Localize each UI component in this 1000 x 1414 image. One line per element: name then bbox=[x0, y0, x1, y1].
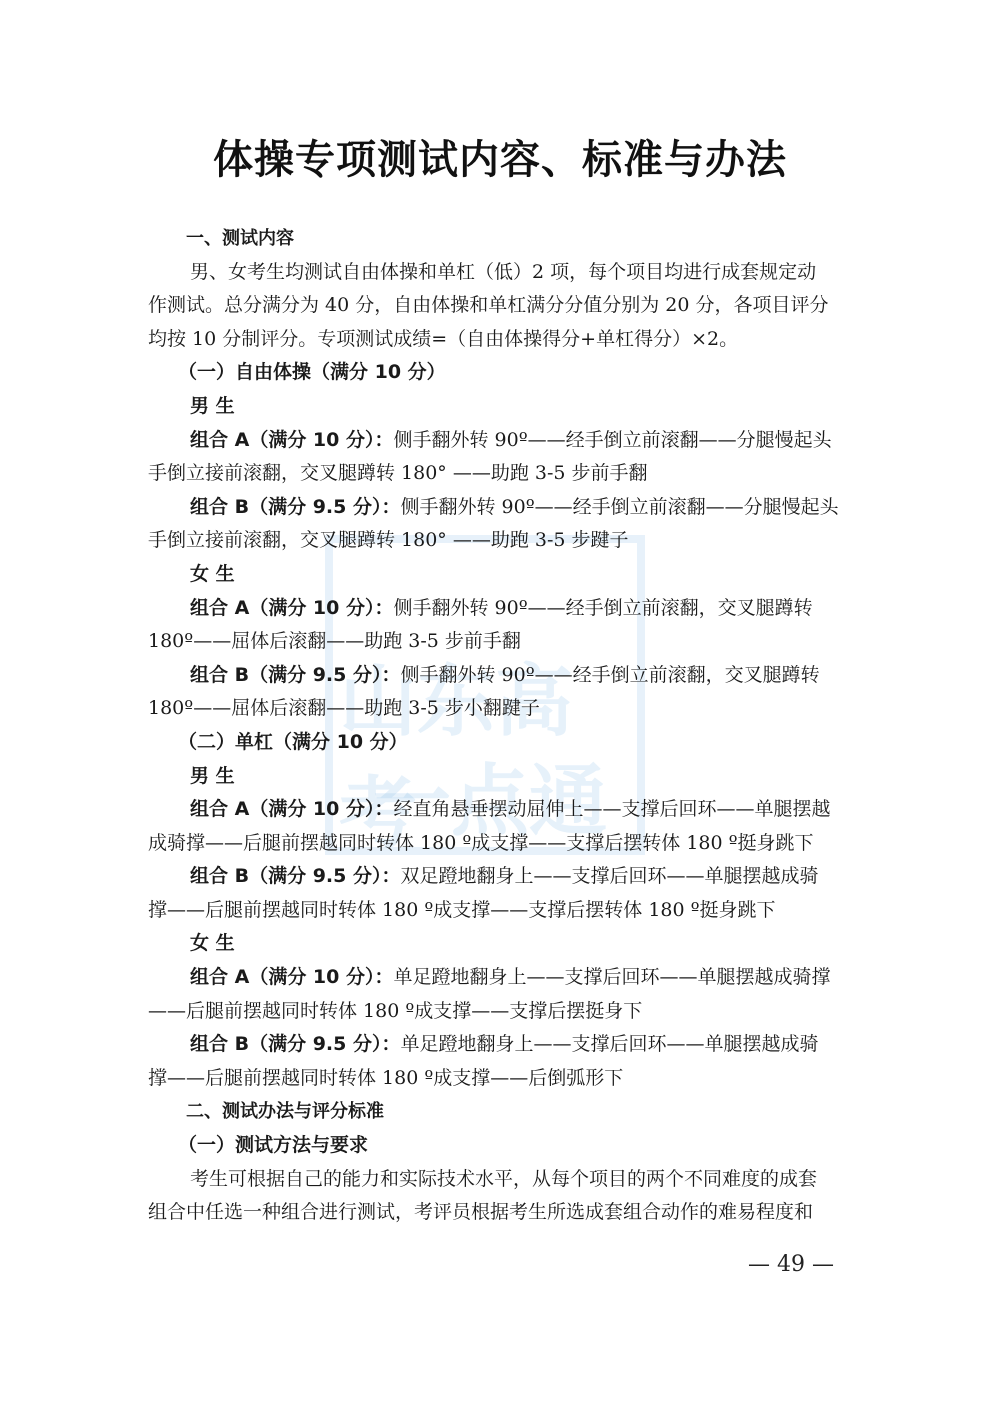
section2-sub1-heading: （一）测试方法与要求 bbox=[148, 1129, 858, 1163]
floor-female-label: 女 生 bbox=[148, 558, 858, 592]
combo-text: 单足蹬地翻身上——支撑后回环——单腿摆越成骑撑 bbox=[394, 966, 831, 988]
bar-male-combo-b: 组合 B（满分 9.5 分）：双足蹬地翻身上——支撑后回环——单腿摆越成骑 bbox=[148, 860, 858, 894]
floor-female-combo-a-cont: 180º——屈体后滚翻——助跑 3-5 步前手翻 bbox=[148, 625, 858, 659]
combo-label: 组合 A（满分 10 分）： bbox=[190, 429, 394, 451]
document-body: 一、测试内容 男、女考生均测试自由体操和单杠（低）2 项，每个项目均进行成套规定… bbox=[148, 222, 858, 1230]
combo-label: 组合 B（满分 9.5 分）： bbox=[190, 496, 401, 518]
bar-male-combo-a: 组合 A（满分 10 分）：经直角悬垂摆动屈伸上——支撑后回环——单腿摆越 bbox=[148, 793, 858, 827]
floor-heading: （一）自由体操（满分 10 分） bbox=[148, 356, 858, 390]
combo-label: 组合 A（满分 10 分）： bbox=[190, 966, 394, 988]
section2-para-line-2: 组合中任选一种组合进行测试，考评员根据考生所选成套组合动作的难易程度和 bbox=[148, 1196, 858, 1230]
page-number: — 49 — bbox=[748, 1252, 834, 1277]
combo-text: 双足蹬地翻身上——支撑后回环——单腿摆越成骑 bbox=[401, 865, 819, 887]
combo-label: 组合 B（满分 9.5 分）： bbox=[190, 664, 401, 686]
combo-label: 组合 B（满分 9.5 分）： bbox=[190, 865, 401, 887]
floor-male-combo-b-cont: 手倒立接前滚翻，交叉腿蹲转 180° ——助跑 3-5 步踺子 bbox=[148, 524, 858, 558]
bar-female-combo-a: 组合 A（满分 10 分）：单足蹬地翻身上——支撑后回环——单腿摆越成骑撑 bbox=[148, 961, 858, 995]
floor-female-combo-a: 组合 A（满分 10 分）：侧手翻外转 90º——经手倒立前滚翻，交叉腿蹲转 bbox=[148, 592, 858, 626]
floor-female-combo-b: 组合 B（满分 9.5 分）：侧手翻外转 90º——经手倒立前滚翻，交叉腿蹲转 bbox=[148, 659, 858, 693]
combo-text: 侧手翻外转 90º——经手倒立前滚翻——分腿慢起头 bbox=[401, 496, 839, 518]
floor-male-label: 男 生 bbox=[148, 390, 858, 424]
bar-female-label: 女 生 bbox=[148, 927, 858, 961]
intro-line-3: 均按 10 分制评分。专项测试成绩=（自由体操得分+单杠得分）×2。 bbox=[148, 323, 858, 357]
combo-label: 组合 A（满分 10 分）： bbox=[190, 798, 394, 820]
combo-label: 组合 B（满分 9.5 分）： bbox=[190, 1033, 401, 1055]
bar-heading: （二）单杠（满分 10 分） bbox=[148, 726, 858, 760]
floor-male-combo-a-cont: 手倒立接前滚翻，交叉腿蹲转 180° ——助跑 3-5 步前手翻 bbox=[148, 457, 858, 491]
section2-heading: 二、测试办法与评分标准 bbox=[148, 1095, 858, 1129]
combo-text: 单足蹬地翻身上——支撑后回环——单腿摆越成骑 bbox=[401, 1033, 819, 1055]
floor-female-combo-b-cont: 180º——屈体后滚翻——助跑 3-5 步小翻踺子 bbox=[148, 692, 858, 726]
combo-label: 组合 A（满分 10 分）： bbox=[190, 597, 394, 619]
bar-female-combo-b-cont: 撑——后腿前摆越同时转体 180 º成支撑——后倒弧形下 bbox=[148, 1062, 858, 1096]
floor-male-combo-b: 组合 B（满分 9.5 分）：侧手翻外转 90º——经手倒立前滚翻——分腿慢起头 bbox=[148, 491, 858, 525]
section1-heading: 一、测试内容 bbox=[148, 222, 858, 256]
combo-text: 侧手翻外转 90º——经手倒立前滚翻——分腿慢起头 bbox=[394, 429, 832, 451]
combo-text: 侧手翻外转 90º——经手倒立前滚翻，交叉腿蹲转 bbox=[401, 664, 820, 686]
bar-female-combo-a-cont: ——后腿前摆越同时转体 180 º成支撑——支撑后摆挺身下 bbox=[148, 995, 858, 1029]
bar-male-label: 男 生 bbox=[148, 760, 858, 794]
section2-para-line-1: 考生可根据自己的能力和实际技术水平，从每个项目的两个不同难度的成套 bbox=[148, 1163, 858, 1197]
combo-text: 侧手翻外转 90º——经手倒立前滚翻，交叉腿蹲转 bbox=[394, 597, 813, 619]
combo-text: 经直角悬垂摆动屈伸上——支撑后回环——单腿摆越 bbox=[394, 798, 831, 820]
bar-male-combo-b-cont: 撑——后腿前摆越同时转体 180 º成支撑——支撑后摆转体 180 º挺身跳下 bbox=[148, 894, 858, 928]
intro-line-1: 男、女考生均测试自由体操和单杠（低）2 项，每个项目均进行成套规定动 bbox=[148, 256, 858, 290]
document-title: 体操专项测试内容、标准与办法 bbox=[0, 128, 1000, 185]
intro-line-2: 作测试。总分满分为 40 分，自由体操和单杠满分分值分别为 20 分，各项目评分 bbox=[148, 289, 858, 323]
bar-male-combo-a-cont: 成骑撑——后腿前摆越同时转体 180 º成支撑——支撑后摆转体 180 º挺身跳… bbox=[148, 827, 858, 861]
bar-female-combo-b: 组合 B（满分 9.5 分）：单足蹬地翻身上——支撑后回环——单腿摆越成骑 bbox=[148, 1028, 858, 1062]
floor-male-combo-a: 组合 A（满分 10 分）：侧手翻外转 90º——经手倒立前滚翻——分腿慢起头 bbox=[148, 424, 858, 458]
